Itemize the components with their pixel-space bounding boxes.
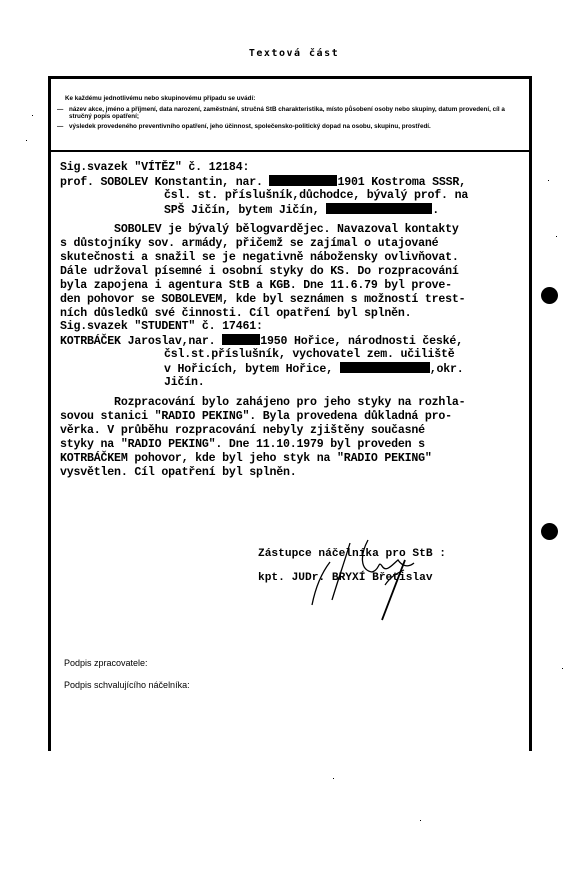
dash-bullet-icon: — bbox=[57, 106, 63, 113]
case1-header: Sig.svazek "VÍTĚZ" č. 12184: bbox=[60, 161, 249, 175]
scan-speck bbox=[333, 778, 334, 779]
instructions-box: Ke každému jednotlivému nebo skupinovému… bbox=[51, 79, 529, 152]
paragraph-line: vysvětlen. Cíl opatření byl splněn. bbox=[60, 466, 297, 480]
punch-hole-icon bbox=[541, 287, 558, 304]
instructions-heading: Ke každému jednotlivému nebo skupinovému… bbox=[65, 95, 255, 102]
paragraph-line: skutečnosti a snažil se je negativně náb… bbox=[60, 251, 459, 265]
case2-line2: čsl.st.příslušník, vychovatel zem. učili… bbox=[164, 348, 455, 362]
redaction-bar bbox=[222, 334, 260, 345]
paragraph-line: byla zapojena i agentura StB a KGB. Dne … bbox=[60, 279, 452, 293]
signature-name: kpt. JUDr. BRYXÍ Břetislav bbox=[258, 572, 433, 584]
scan-speck bbox=[26, 140, 27, 141]
paragraph-line: s důstojníky sov. armády, přičemž se zaj… bbox=[60, 237, 438, 251]
paragraph-line: styky na "RADIO PEKING". Dne 11.10.1979 … bbox=[60, 438, 425, 452]
case1-line1: prof. SOBOLEV Konstantin, nar. 1901 Kost… bbox=[60, 175, 466, 190]
paragraph-line: ních důsledků své činnosti. Cíl opatření… bbox=[60, 307, 411, 321]
paragraph-line: KOTRBÁČKEM pohovor, kde byl jeho styk na… bbox=[60, 452, 432, 466]
processor-signature-label: Podpis zpracovatele: bbox=[64, 658, 148, 668]
paragraph-line: sovou stanici "RADIO PEKING". Byla prove… bbox=[60, 410, 452, 424]
scan-speck bbox=[32, 115, 33, 116]
scan-speck bbox=[420, 820, 421, 821]
scan-speck bbox=[556, 236, 557, 237]
paragraph-line: den pohovor se SOBOLEVEM, kde byl seznám… bbox=[60, 293, 465, 307]
paragraph-line: Dále udržoval písemné i osobní styky do … bbox=[60, 265, 459, 279]
case1-line2: čsl. st. příslušník,důchodce, bývalý pro… bbox=[164, 189, 468, 203]
case2-line1: KOTRBÁČEK Jaroslav,nar. 1950 Hořice, nár… bbox=[60, 334, 463, 349]
dash-bullet-icon: — bbox=[57, 123, 63, 130]
case2-line3: v Hořicích, bytem Hořice, ,okr. bbox=[164, 362, 464, 377]
paragraph-line: Rozpracování bylo zahájeno pro jeho styk… bbox=[60, 396, 465, 410]
paragraph-line: věrka. V průběhu rozpracování nebyly zji… bbox=[60, 424, 425, 438]
scan-speck bbox=[548, 180, 549, 181]
case2-line4: Jičín. bbox=[164, 376, 205, 390]
punch-hole-icon bbox=[541, 523, 558, 540]
case2-header: Sig.svazek "STUDENT" č. 17461: bbox=[60, 320, 263, 334]
section-title: Textová část bbox=[0, 48, 588, 59]
case1-line3: SPŠ Jičín, bytem Jičín, . bbox=[164, 203, 439, 218]
redaction-bar bbox=[326, 203, 432, 214]
signature-role: Zástupce náčelníka pro StB : bbox=[258, 548, 446, 560]
approver-signature-label: Podpis schvalujícího náčelníka: bbox=[64, 680, 190, 690]
redaction-bar bbox=[269, 175, 337, 186]
redaction-bar bbox=[340, 362, 430, 373]
scan-speck bbox=[562, 668, 563, 669]
paragraph-line: SOBOLEV je bývalý bělogvardějec. Navazov… bbox=[60, 223, 459, 237]
